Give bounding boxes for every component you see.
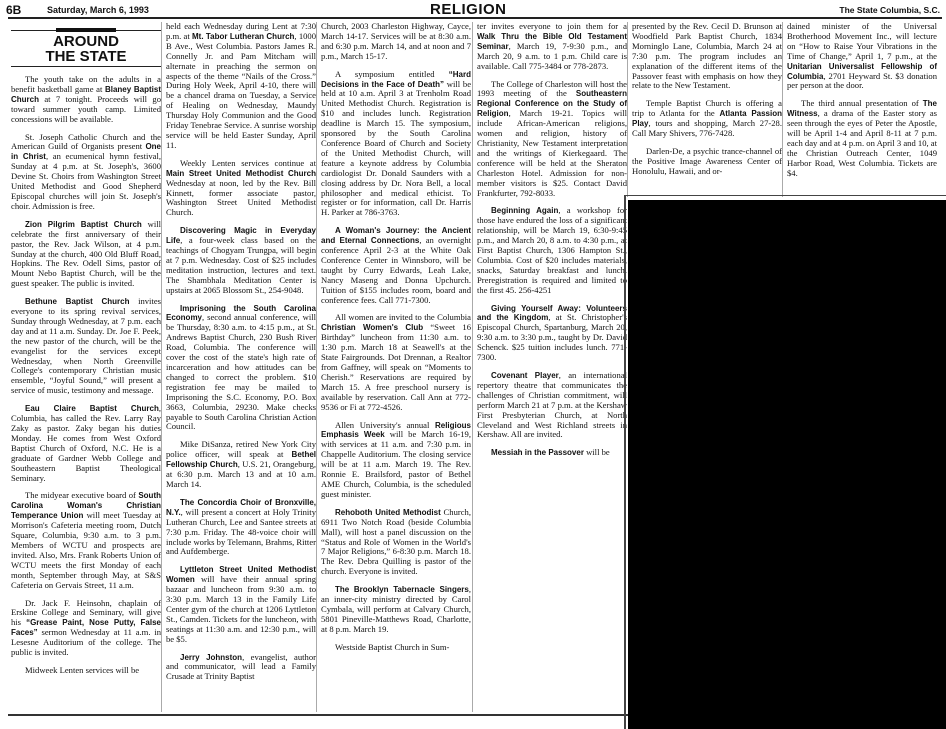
article-midweek-start: Midweek Lenten services will be xyxy=(11,666,161,676)
newspaper-name: The State Columbia, S.C. xyxy=(839,5,940,15)
column-6: dained minister of the Universal Brother… xyxy=(787,22,937,187)
redacted-region xyxy=(628,200,946,729)
column-divider xyxy=(472,22,473,712)
article-wctu: The midyear executive board of South Car… xyxy=(11,491,161,590)
bottom-rule xyxy=(8,714,630,716)
article-main-street: Weekly Lenten services continue at Main … xyxy=(166,159,316,218)
article-youth: The youth take on the adults in a benefi… xyxy=(11,75,161,125)
article-johnston-cont: Church, 2003 Charleston Highway, Cayce, … xyxy=(321,22,471,62)
article-charleston: The College of Charleston will host the … xyxy=(477,80,627,199)
article-westside-cont: ter invites everyone to join them for a … xyxy=(477,22,627,72)
masthead: 6B Saturday, March 6, 1993 RELIGION The … xyxy=(0,0,946,20)
heading-rule-top xyxy=(11,30,161,31)
article-eau-claire: Eau Claire Baptist Church, Columbia, has… xyxy=(11,404,161,483)
column-4: ter invites everyone to join them for a … xyxy=(477,22,627,466)
article-johnston-start: Jerry Johnston, evangelist, author and c… xyxy=(166,653,316,683)
column-divider xyxy=(316,22,317,712)
article-heinsohn: Dr. Jack F. Heinsohn, chaplain of Erskin… xyxy=(11,599,161,658)
article-concordia: The Concordia Choir of Bronxville, N.Y.,… xyxy=(166,498,316,557)
feature-title: AROUND THE STATE xyxy=(11,31,161,66)
article-covenant: Covenant Player, an international repert… xyxy=(477,371,627,440)
issue-date: Saturday, March 6, 1993 xyxy=(47,5,149,15)
section-title: RELIGION xyxy=(430,1,507,18)
article-disanza: Mike DiSanza, retired New York City poli… xyxy=(166,440,316,490)
article-womans-journey: A Woman's Journey: the Ancient and Etern… xyxy=(321,226,471,305)
column-1: AROUND THE STATE The youth take on the a… xyxy=(11,22,161,684)
column-3: Church, 2003 Charleston Highway, Cayce, … xyxy=(321,22,471,661)
feature-heading: AROUND THE STATE xyxy=(11,30,161,67)
article-bethune: Bethune Baptist Church invites everyone … xyxy=(11,297,161,396)
column-divider xyxy=(627,22,628,197)
column-divider xyxy=(161,22,162,712)
article-rehoboth: Rehoboth United Methodist Church, 6911 T… xyxy=(321,508,471,577)
article-st-joseph: St. Joseph Catholic Church and the Ameri… xyxy=(11,133,161,212)
article-messiah-cont: presented by the Rev. Cecil D. Brunson a… xyxy=(632,22,782,91)
page-number: 6B xyxy=(6,3,21,17)
article-darlen-start: Darlen-De, a psychic trance-channel of t… xyxy=(632,147,782,177)
article-magic: Discovering Magic in Everyday Life, a fo… xyxy=(166,226,316,295)
article-temple: Temple Baptist Church is offering a trip… xyxy=(632,99,782,139)
article-allen: Allen University's annual Religious Emph… xyxy=(321,421,471,500)
column-divider xyxy=(782,22,783,197)
article-darlen-cont: dained minister of the Universal Brother… xyxy=(787,22,937,91)
article-midweek-cont: held each Wednesday during Lent at 7:30 … xyxy=(166,22,316,151)
column-5: presented by the Rev. Cecil D. Brunson a… xyxy=(632,22,782,185)
article-symposium: A symposium entitled “Hard Decisions in … xyxy=(321,70,471,219)
article-beginning-again: Beginning Again, a workshop for those ha… xyxy=(477,206,627,295)
column-2: held each Wednesday during Lent at 7:30 … xyxy=(166,22,316,690)
article-giving: Giving Yourself Away: Volunteers and the… xyxy=(477,304,627,363)
masthead-rule xyxy=(8,17,942,19)
article-zion: Zion Pilgrim Baptist Church will celebra… xyxy=(11,220,161,289)
article-imprisoning: Imprisoning the South Carolina Economy, … xyxy=(166,304,316,433)
article-lyttleton: Lyttleton Street United Methodist Women … xyxy=(166,565,316,644)
heading-rule-bottom xyxy=(11,66,161,67)
article-westside-start: Westside Baptist Church in Sum- xyxy=(321,643,471,653)
article-witness: The third annual presentation of The Wit… xyxy=(787,99,937,178)
article-brooklyn: The Brooklyn Tabernacle Singers, an inne… xyxy=(321,585,471,635)
article-womens-club: All women are invited to the Columbia Ch… xyxy=(321,313,471,412)
article-messiah-start: Messiah in the Passover will be xyxy=(477,448,627,458)
